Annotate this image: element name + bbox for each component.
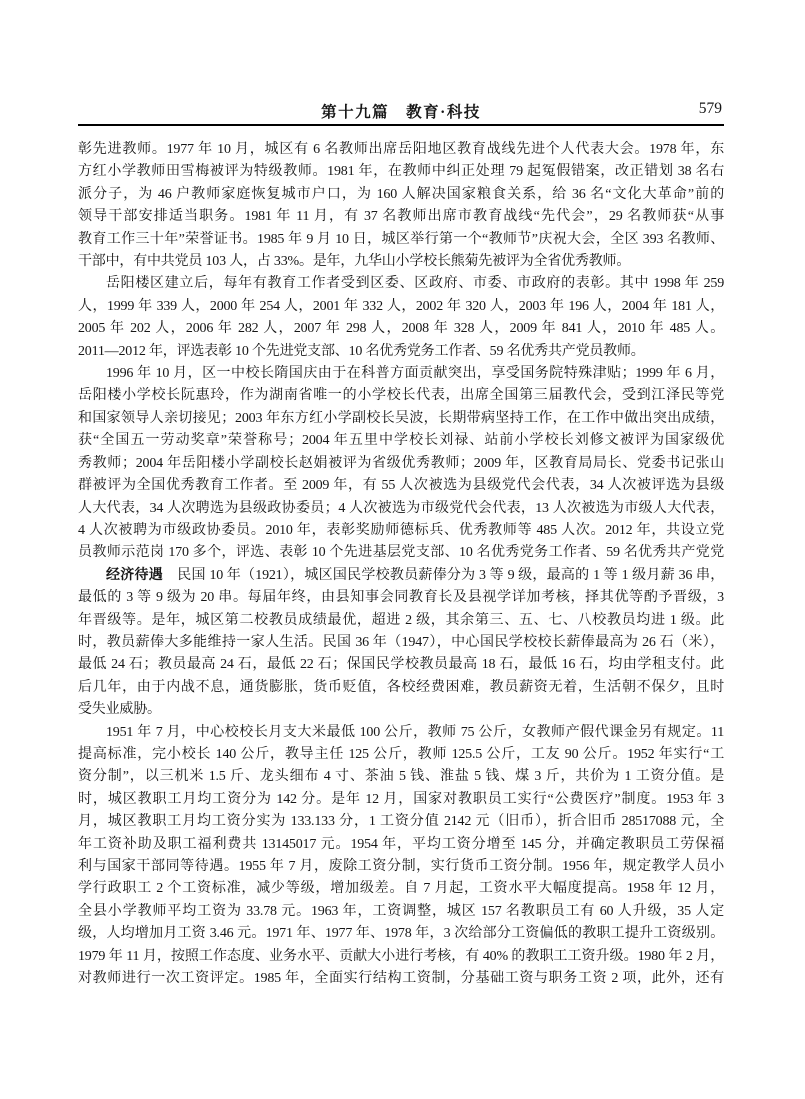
text-line: 月，城区教职工月均工资分实为 133.133 分，1 工资分值 2142 元（旧…: [78, 811, 724, 833]
text-line: 员教师示范岗 170 多个，评选、表彰 10 个先进基层党支部、10 名优秀党务…: [78, 542, 724, 564]
text-line: 岳阳楼区建立后，每年有教育工作者受到区委、区政府、市委、市政府的表彰。其中 19…: [78, 273, 724, 295]
text-line: 最低 24 石；教员最高 24 石，最低 22 石；保国民学校教员最高 18 石…: [78, 654, 724, 676]
page-number: 579: [699, 100, 722, 118]
text-line: 资分制”，以三机米 1.5 斤、龙头细布 4 寸、茶油 5 钱、淮盐 5 钱、煤…: [78, 766, 724, 788]
text-line: 教育工作三十年”荣誉证书。1985 年 9 月 10 日，城区举行第一个“教师节…: [78, 229, 724, 251]
text-line: 人大代表，34 人次聘选为县级政协委员；4 人次被选为市级党代会代表，13 人次…: [78, 498, 724, 520]
text-line: 对教师进行一次工资评定。1985 年，全面实行结构工资制，分基础工资与职务工资 …: [78, 968, 724, 990]
text-line: 全县小学教师平均工资为 33.78 元。1963 年，工资调整，城区 157 名…: [78, 901, 724, 923]
text-line: 年晋级等。是年，城区第二校教员成绩最优，超进 2 级，其余第三、五、七、八校教员…: [78, 610, 724, 632]
text-line: 级，人均增加月工资 3.46 元。1971 年、1977 年、1978 年，3 …: [78, 923, 724, 945]
text-line: 方红小学教师田雪梅被评为特级教师。1981 年，在教师中纠正处理 79 起冤假错…: [78, 161, 724, 183]
text-line: 1996 年 10 月，区一中校长隋国庆由于在科普方面贡献突出，享受国务院特殊津…: [78, 363, 724, 385]
text-line: 彰先进教师。1977 年 10 月，城区有 6 名教师出席岳阳地区教育战线先进个…: [78, 139, 724, 161]
text-line: 利与国家干部同等待遇。1955 年 7 月，废除工资分制，实行货币工资分制。19…: [78, 856, 724, 878]
text-line: 秀教师；2004 年岳阳楼小学副校长赵娟被评为省级优秀教师；2009 年，区教育…: [78, 453, 724, 475]
text-line: 4 人次被聘为市级政协委员。2010 年，表彰奖励师德标兵、优秀教师等 485 …: [78, 520, 724, 542]
text-line: 最低的 3 等 9 级为 20 串。每届年终，由县知事会同教育长及县视学详加考核…: [78, 587, 724, 609]
text-line: 时，城区教职工月均工资分为 142 分。是年 12 月，国家对教职员工实行“公费…: [78, 789, 724, 811]
text-line: 后几年，由于内战不息，通货膨胀，货币贬值，各校经费困难，教员薪资无着，生活朝不保…: [78, 677, 724, 699]
book-page: 第十九篇 教育·科技 579 彰先进教师。1977 年 10 月，城区有 6 名…: [0, 0, 805, 1099]
text-line: 2005 年 202 人，2006 年 282 人，2007 年 298 人，2…: [78, 318, 724, 340]
text-line: 干部中，有中共党员 103 人，占 33%。是年，九华山小学校长熊菊先被评为全省…: [78, 251, 724, 273]
text-line: 时，教员薪俸大多能维持一家人生活。民国 36 年（1947），中心国民学校校长薪…: [78, 632, 724, 654]
text-line: 提高标准，完小校长 140 公斤，教导主任 125 公斤，教师 125.5 公斤…: [78, 744, 724, 766]
text-line: 受失业威胁。: [78, 699, 724, 721]
text-line: 领导干部安排适当职务。1981 年 11 月，有 37 名教师出席市教育战线“先…: [78, 206, 724, 228]
text-line: 1951 年 7 月，中心校校长月支大米最低 100 公斤，教师 75 公斤，女…: [78, 722, 724, 744]
text-line: 学行政职工 2 个工资标准，减少等级，增加级差。自 7 月起，工资水平大幅度提高…: [78, 878, 724, 900]
text-line: 和国家领导人亲切接见；2003 年东方红小学副校长吴波，长期带病坚持工作，在工作…: [78, 408, 724, 430]
header-rule: [78, 124, 724, 126]
text-line: 年工资补助及职工福利费共 13145017 元。1954 年，平均工资分增至 1…: [78, 834, 724, 856]
document-body: 彰先进教师。1977 年 10 月，城区有 6 名教师出席岳阳地区教育战线先进个…: [78, 139, 724, 990]
text-line: 获“全国五一劳动奖章”荣誉称号；2004 年五里中学校长刘禄、站前小学校长刘修文…: [78, 430, 724, 452]
text-line: 岳阳楼小学校长阮惠玲，作为湖南省唯一的小学校长代表，出席全国第三届教代会，受到江…: [78, 385, 724, 407]
text-line: 经济待遇 民国 10 年（1921），城区国民学校教员薪俸分为 3 等 9 级，…: [78, 565, 724, 587]
text-line: 群被评为全国优秀教育工作者。至 2009 年，有 55 人次被选为县级党代会代表…: [78, 475, 724, 497]
text-line: 2011—2012 年，评选表彰 10 个先进党支部、10 名优秀党务工作者、5…: [78, 341, 724, 363]
page-header: 第十九篇 教育·科技 579: [78, 100, 724, 122]
text-line: 1979 年 11 月，按照工作态度、业务水平、贡献大小进行考核，有 40% 的…: [78, 946, 724, 968]
run-in-heading: 经济待遇: [106, 568, 163, 583]
text-line: 派分子，为 46 户教师家庭恢复城市户口，为 160 人解决国家粮食关系，给 3…: [78, 184, 724, 206]
text-line: 人，1999 年 339 人，2000 年 254 人，2001 年 332 人…: [78, 296, 724, 318]
chapter-title: 第十九篇 教育·科技: [78, 100, 724, 122]
